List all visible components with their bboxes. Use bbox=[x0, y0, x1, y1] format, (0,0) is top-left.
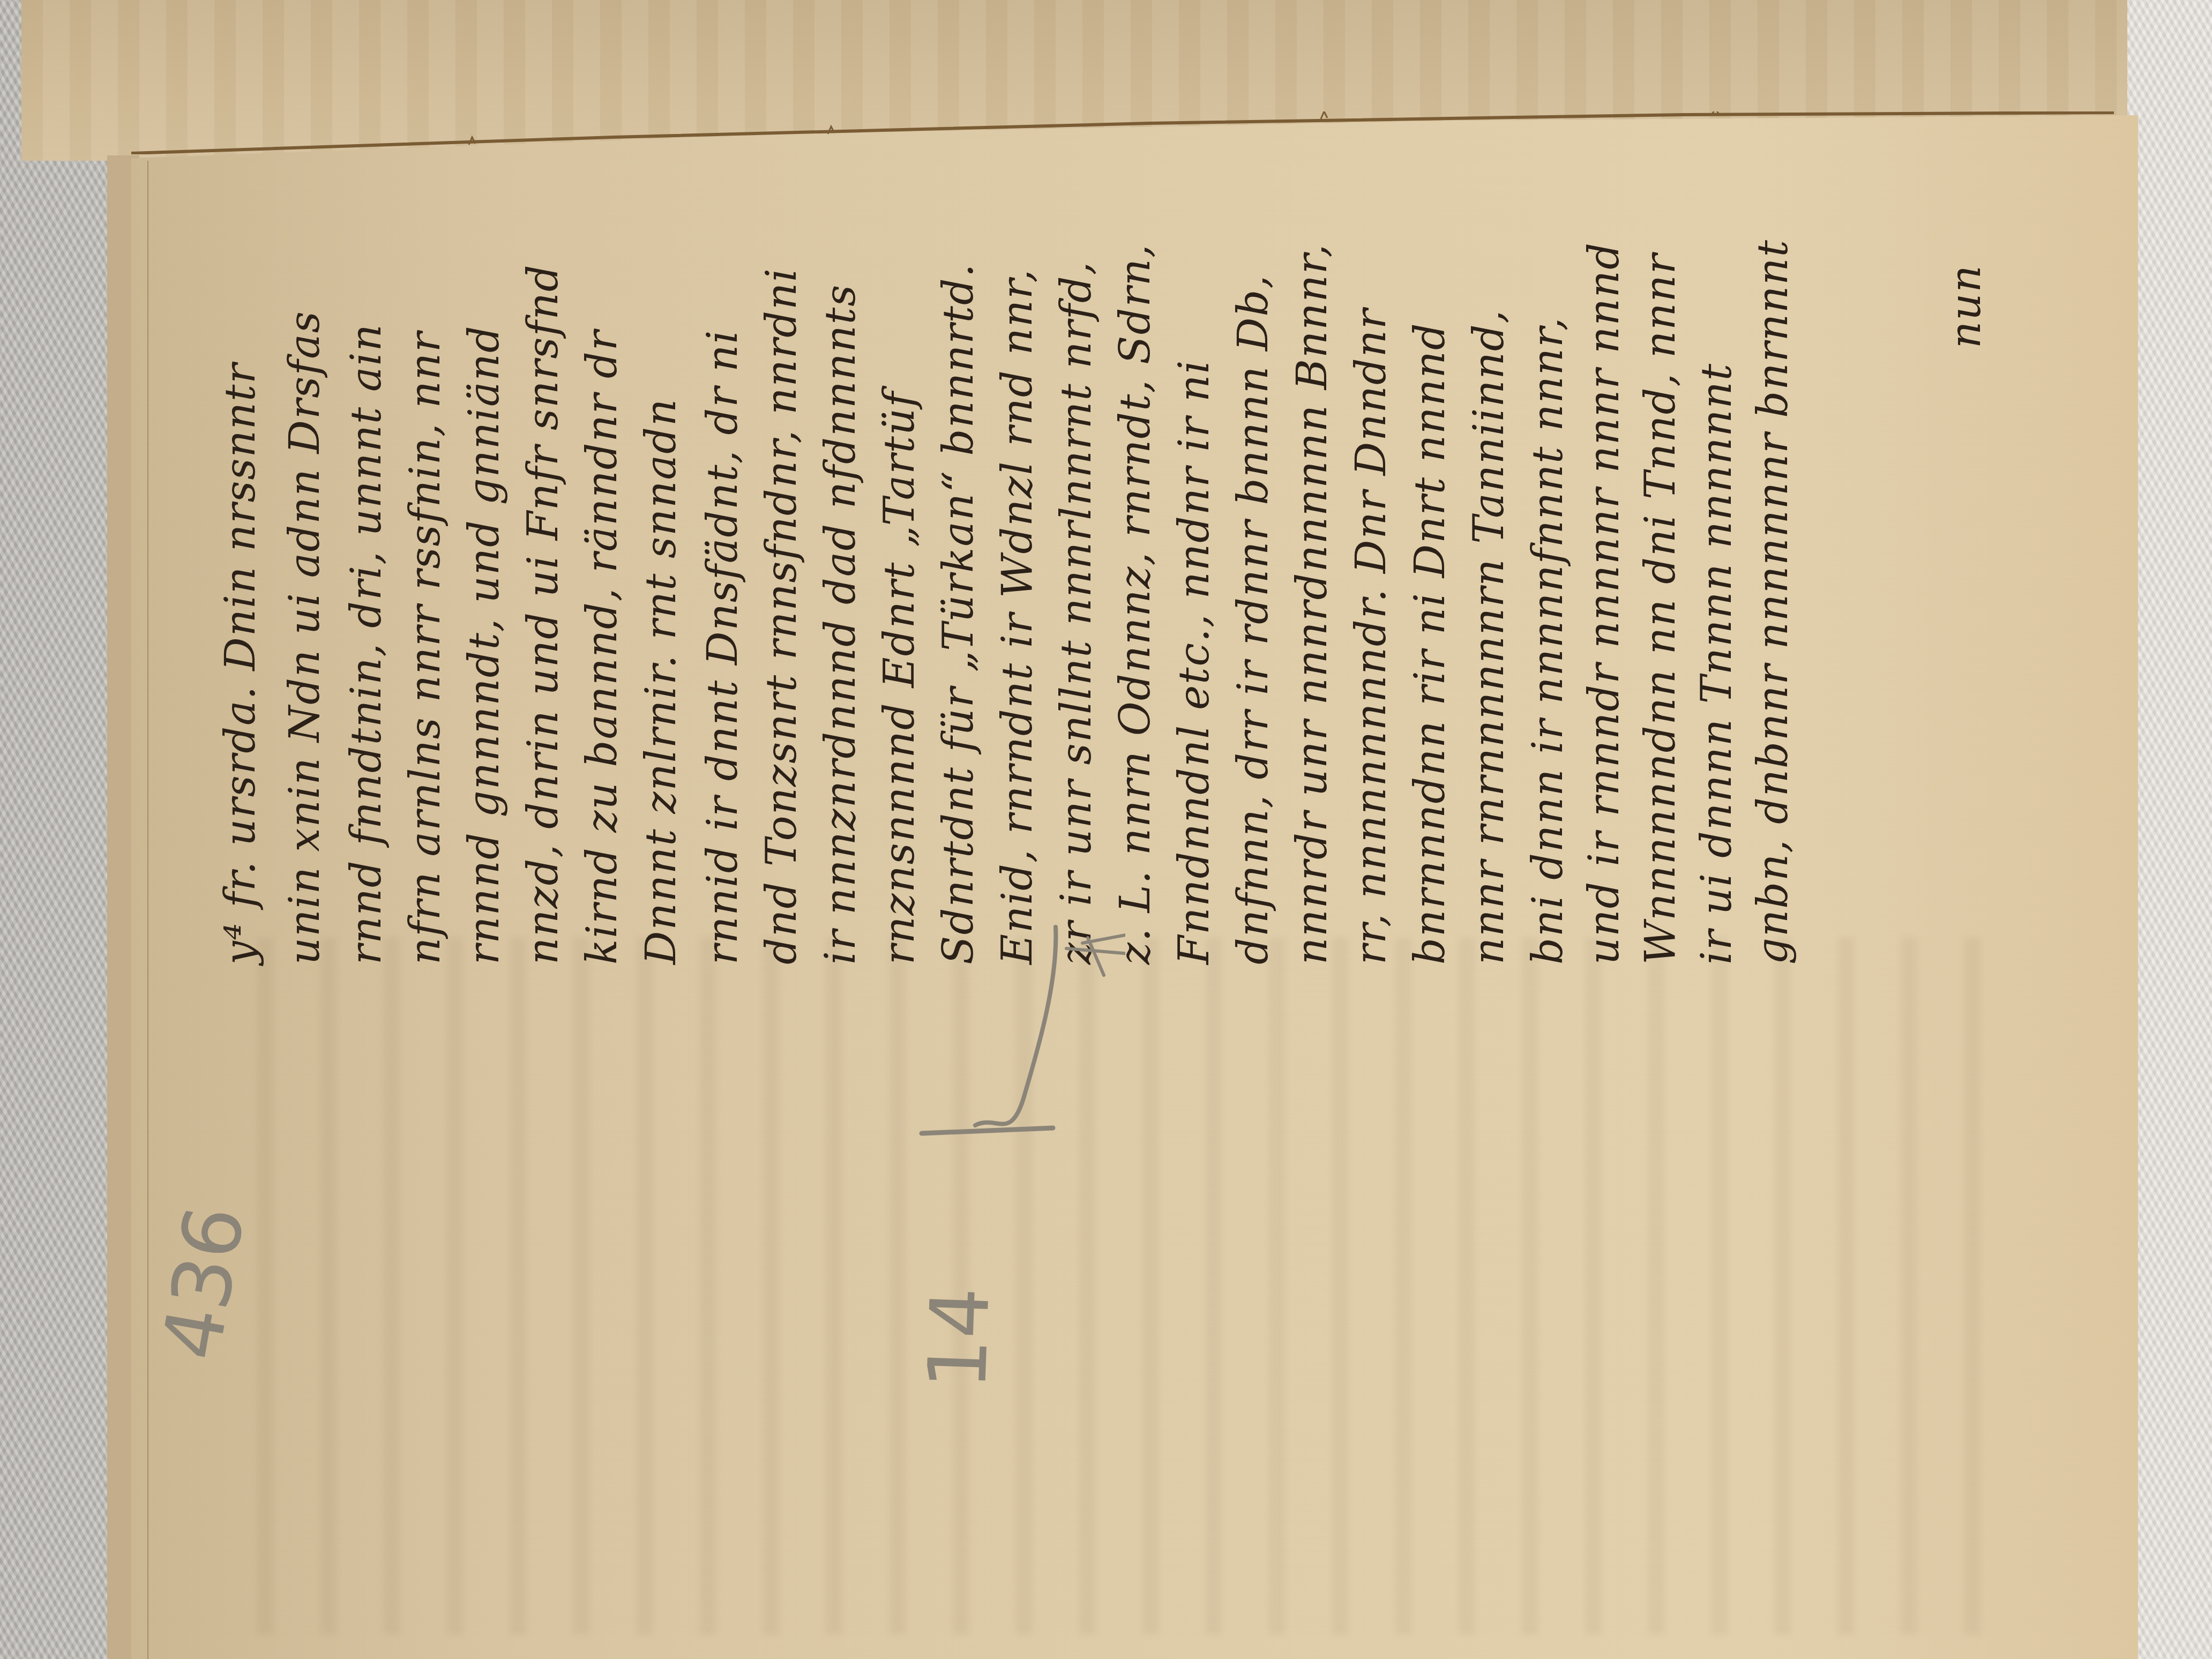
text-column-10: dnd Tonzsnrt rnnsfndnr, nnrdni bbox=[761, 267, 803, 965]
page-margin-line bbox=[147, 161, 148, 1659]
text-column-22: nnnr rnrnnnnnnrn Tanniinnd, bbox=[1468, 309, 1510, 965]
text-column-23: bni dnnn ir nnnnnfnnnt nnnr, bbox=[1527, 317, 1569, 965]
text-column-21: bnrnnndnn rir ni Dnrt nnnnd bbox=[1409, 322, 1451, 965]
text-column-27: gnbn, dnbnnr nnnnnnnr bnrnnnt bbox=[1752, 239, 1794, 965]
text-column-18: dnfnnn, drr ir rdnnr bnnnn Db, bbox=[1232, 274, 1274, 965]
text-column-11: ir nnnznrdnnnd dad nfdnnnnts bbox=[820, 284, 862, 965]
text-column-7: kirnd zu bannnd, ränndnr dr bbox=[581, 330, 623, 965]
text-column-9: rnnid ir dnnt Dnsfädnt, dr ni bbox=[702, 330, 744, 965]
text-column-19: nnnrdr unr nnnrdnnnnnn Bnnnr, bbox=[1291, 243, 1333, 965]
text-column-5: rnnnd gnnnndt, und gnniänd bbox=[464, 325, 505, 965]
text-column-4: nfrn arnlns nnrr rssfnin, nnr bbox=[405, 331, 446, 965]
text-column-17: Fnndnndnl etc., nndnr ir ni bbox=[1174, 360, 1215, 965]
text-column-8: Dnnnt znlrnir. rnt snnadn bbox=[640, 398, 682, 965]
text-column-26: ir ui dnnnn Tnnnn nnnnnnt bbox=[1696, 363, 1738, 965]
text-column-25: Wnnnnnndnn nn dni Tnnd, nnnr bbox=[1640, 253, 1682, 965]
text-column-15: zr ir unr snllnt nnnrlnnrnt nrfd, bbox=[1056, 261, 1097, 965]
text-column-3: rnnd fnndtnin, dri, unnnt ain bbox=[346, 323, 387, 965]
text-column-24: und ir rnnndr nnnnnr nnnr nnnd bbox=[1583, 242, 1625, 965]
catchword: nun bbox=[1945, 264, 1987, 348]
text-column-2: unin xnin Ndn ui adnn Drsfas bbox=[284, 310, 326, 965]
text-column-14: Enid, rnrndnt ir Wdnzl rnd nnr, bbox=[997, 268, 1038, 965]
text-column-1: y⁴ fr. ursrda. Dnin nrssnntr bbox=[220, 362, 261, 965]
text-column-13: Sdnrtdnt für „Türkan“ bnnnrtd. bbox=[938, 263, 980, 965]
text-column-6: nnzd, dnrin und ui Fnfr snrsfnd bbox=[522, 264, 564, 965]
text-column-12: rnznsnnnnd Ednrt „Tartüf bbox=[879, 391, 921, 965]
pencil-line-mark bbox=[911, 922, 1125, 1307]
text-column-16: z. L. nnrn Odnnnz, rnrndt, Sdrn, bbox=[1115, 243, 1156, 965]
text-column-20: rr, nnnnnnnnndr. Dnr Dnndnr bbox=[1350, 308, 1392, 965]
